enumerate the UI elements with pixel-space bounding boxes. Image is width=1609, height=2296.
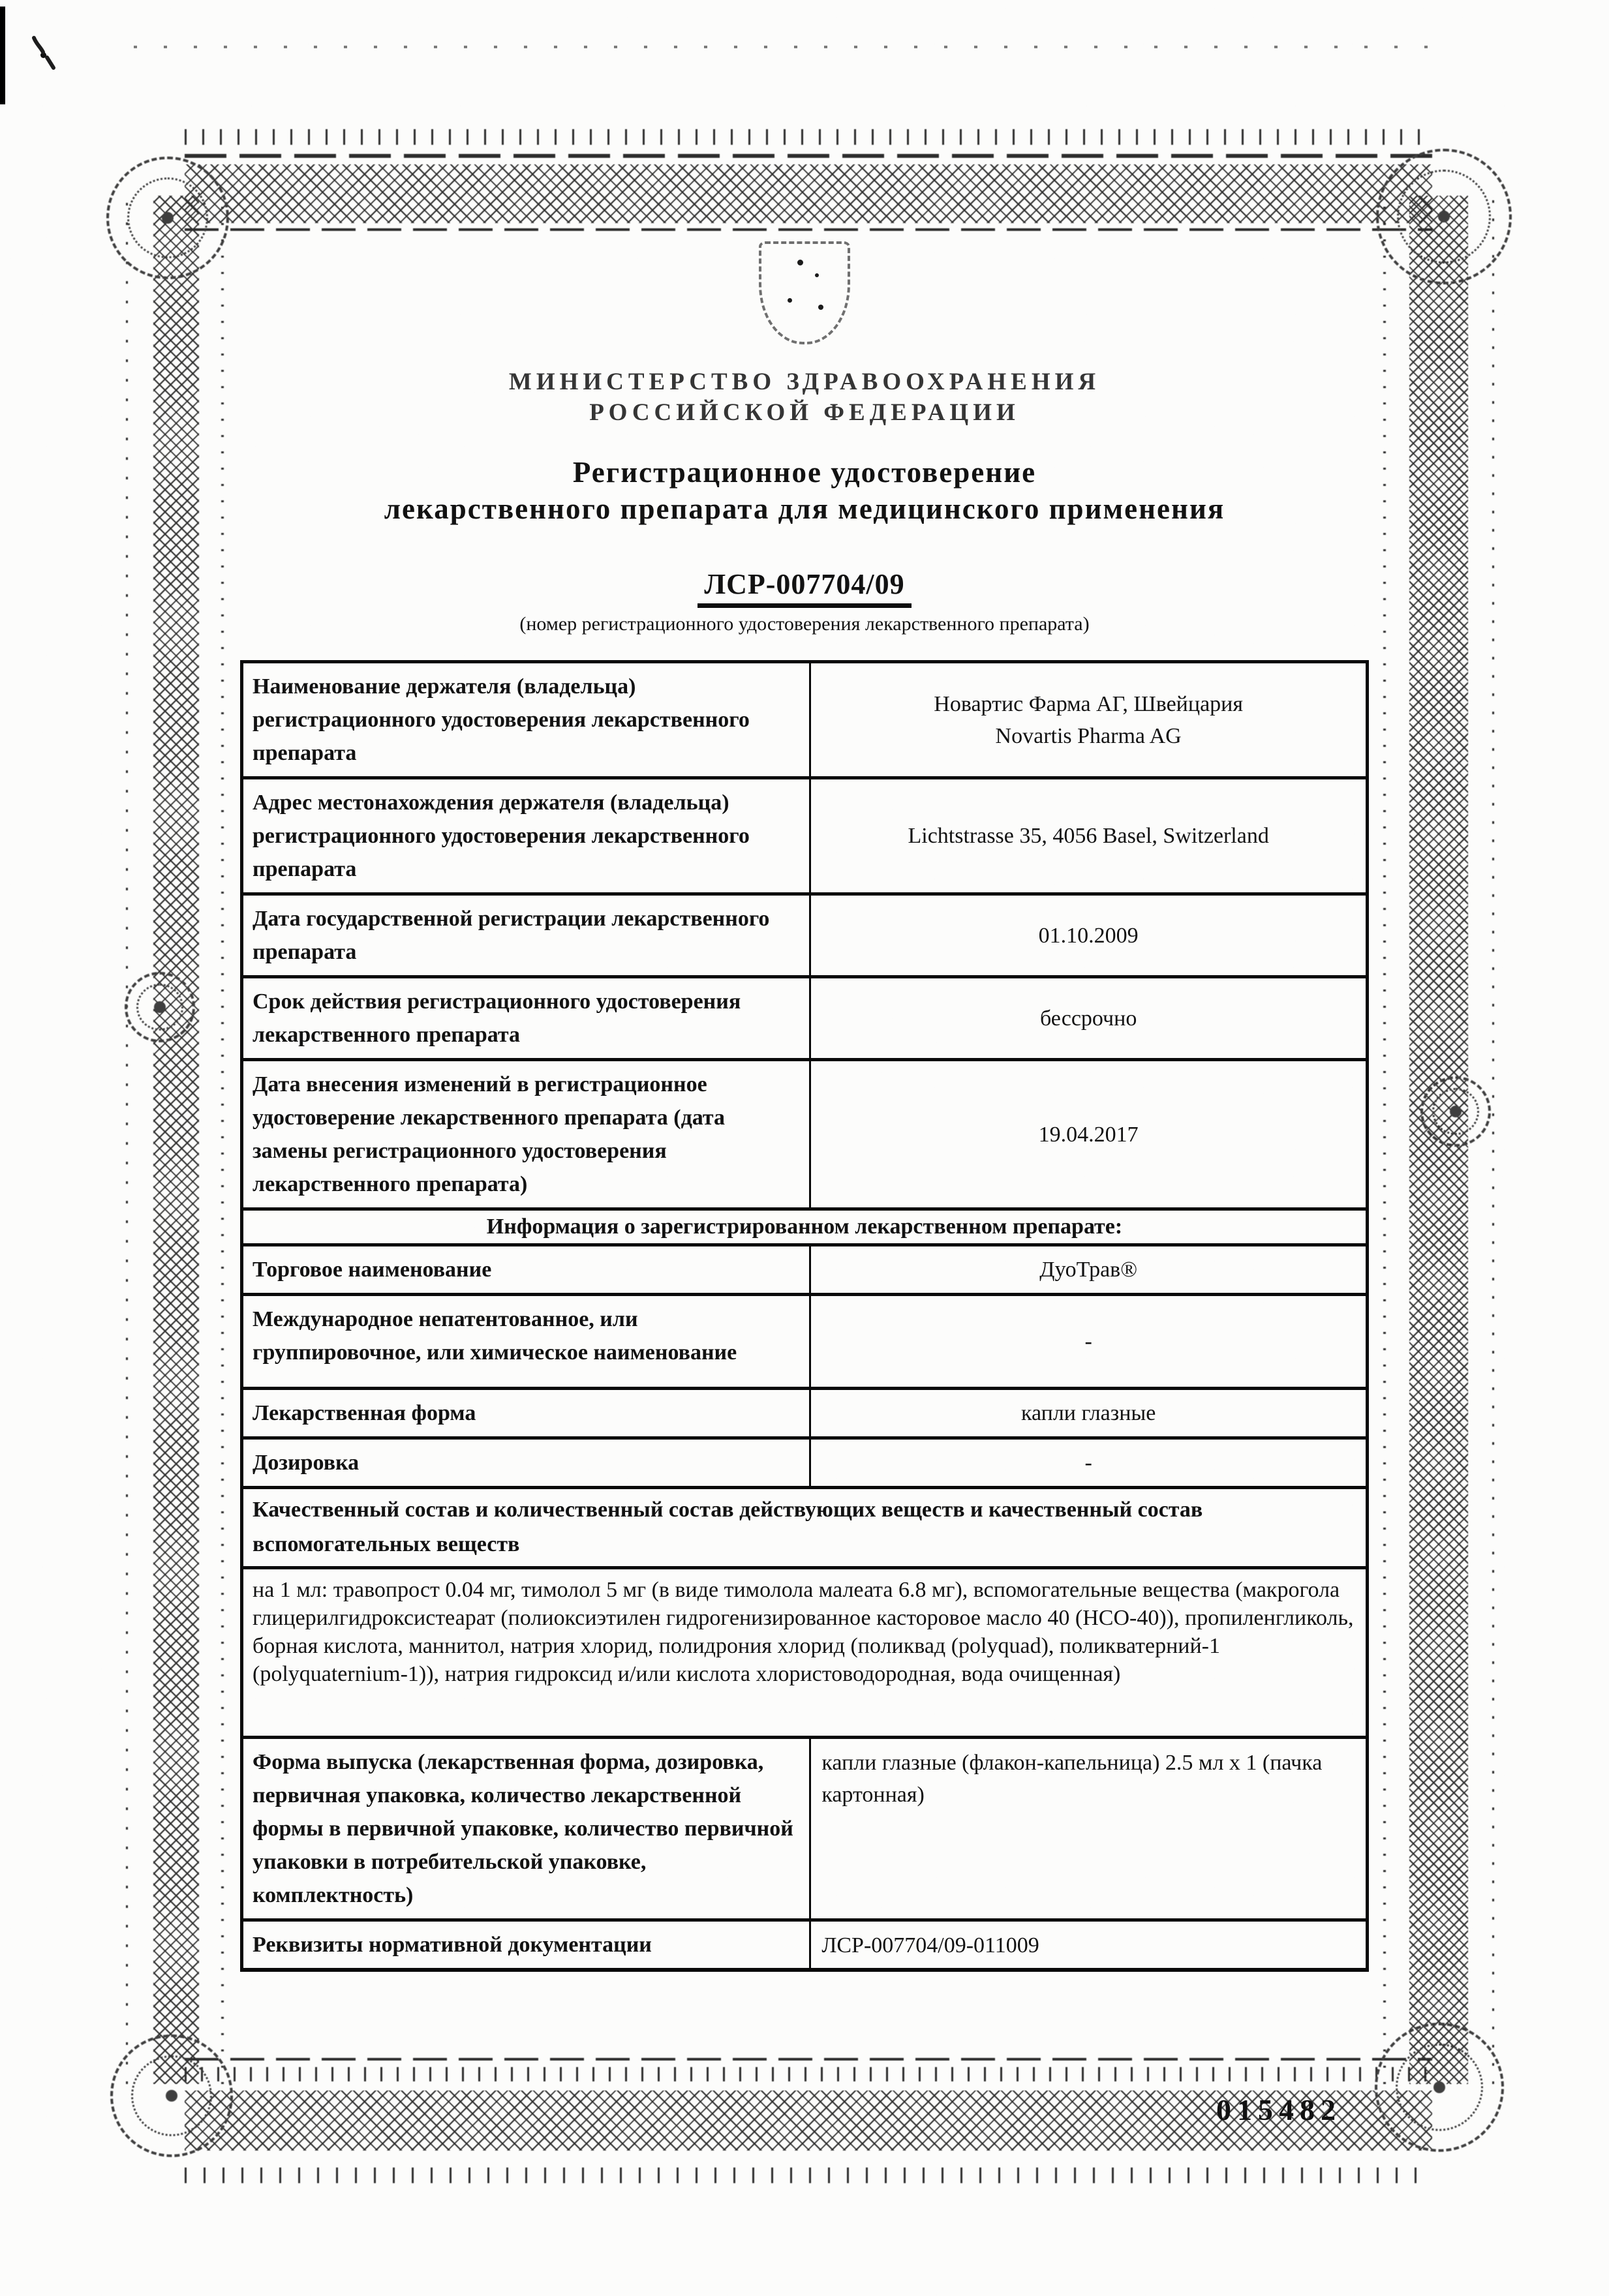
row-label: Дозировка [243,1440,811,1486]
row-label: Лекарственная форма [243,1390,811,1436]
table-section-header: Информация о зарегистрированном лекарств… [243,1211,1366,1246]
row-value: - [811,1440,1366,1486]
corner-rosette-ornament [110,2034,233,2157]
table-row-inn: Международное непатентованное, или групп… [243,1296,1366,1390]
table-row-normative-docs: Реквизиты нормативной документации ЛСР-0… [243,1922,1366,1968]
registration-table: Наименование держателя (владельца) регис… [240,660,1369,1972]
row-label: Срок действия регистрационного удостовер… [243,978,811,1058]
serial-number: 015482 [240,2092,1369,2127]
row-label: Международное непатентованное, или групп… [243,1296,811,1387]
pen-scribble-mark [27,33,67,78]
border-band-left [126,196,224,2084]
table-row-holder-name: Наименование держателя (владельца) регис… [243,663,1366,779]
row-label: Адрес местонахождения держателя (владель… [243,779,811,892]
coat-of-arms-emblem [759,241,850,344]
section-header-text: Информация о зарегистрированном лекарств… [243,1211,1366,1243]
row-value: ЛСР-007704/09-011009 [811,1922,1366,1968]
side-rosette-ornament [125,972,195,1042]
table-row-validity: Срок действия регистрационного удостовер… [243,978,1366,1061]
row-value: бессрочно [811,978,1366,1058]
scanned-certificate-page: МИНИСТЕРСТВО ЗДРАВООХРАНЕНИЯ РОССИЙСКОЙ … [0,0,1609,2296]
registration-number: ЛСР-007704/09 [697,567,911,608]
row-value: Новартис Фарма АГ, Швейцария Novartis Ph… [811,663,1366,776]
row-label: Торговое наименование [243,1246,811,1293]
corner-rosette-ornament [1375,2023,1504,2152]
document-content: МИНИСТЕРСТВО ЗДРАВООХРАНЕНИЯ РОССИЙСКОЙ … [240,0,1369,2127]
title-line1: Регистрационное удостоверение [240,455,1369,491]
side-rosette-ornament [1420,1076,1491,1147]
corner-rosette-ornament [106,157,229,279]
row-value: 01.10.2009 [811,896,1366,975]
ministry-header: МИНИСТЕРСТВО ЗДРАВООХРАНЕНИЯ РОССИЙСКОЙ … [240,367,1369,429]
scan-edge-artifact [0,7,5,104]
corner-rosette-ornament [1376,149,1512,284]
table-row-composition-header: Качественный состав и количественный сос… [243,1489,1366,1569]
document-title: Регистрационное удостоверение лекарствен… [240,455,1369,528]
table-row-dosage-form: Лекарственная форма капли глазные [243,1390,1366,1440]
ministry-line2: РОССИЙСКОЙ ФЕДЕРАЦИИ [240,397,1369,428]
table-row-holder-address: Адрес местонахождения держателя (владель… [243,779,1366,896]
registration-number-caption: (номер регистрационного удостоверения ле… [240,613,1369,635]
registration-number-row: ЛСР-007704/09 [240,567,1369,608]
ministry-line1: МИНИСТЕРСТВО ЗДРАВООХРАНЕНИЯ [240,367,1369,397]
table-row-trade-name: Торговое наименование ДуоТрав® [243,1246,1366,1296]
row-value: - [811,1296,1366,1387]
table-row-amendment-date: Дата внесения изменений в регистрационно… [243,1061,1366,1211]
row-label: Реквизиты нормативной документации [243,1922,811,1968]
title-line2: лекарственного препарата для медицинског… [240,491,1369,528]
table-row-composition-text: на 1 мл: травопрост 0.04 мг, тимолол 5 м… [243,1569,1366,1739]
row-value: Lichtstrasse 35, 4056 Basel, Switzerland [811,779,1366,892]
row-label: Дата внесения изменений в регистрационно… [243,1061,811,1207]
table-row-release-form: Форма выпуска (лекарственная форма, дози… [243,1739,1366,1922]
row-label: Наименование держателя (владельца) регис… [243,663,811,776]
table-row-registration-date: Дата государственной регистрации лекарст… [243,896,1366,978]
composition-header-text: Качественный состав и количественный сос… [243,1489,1366,1565]
row-value: ДуоТрав® [811,1246,1366,1293]
row-value: капли глазные [811,1390,1366,1436]
row-label: Дата государственной регистрации лекарст… [243,896,811,975]
row-label: Форма выпуска (лекарственная форма, дози… [243,1739,811,1918]
composition-text: на 1 мл: травопрост 0.04 мг, тимолол 5 м… [243,1569,1366,1736]
table-row-dosage: Дозировка - [243,1440,1366,1489]
row-value: капли глазные (флакон-капельница) 2.5 мл… [811,1739,1366,1918]
row-value: 19.04.2017 [811,1061,1366,1207]
